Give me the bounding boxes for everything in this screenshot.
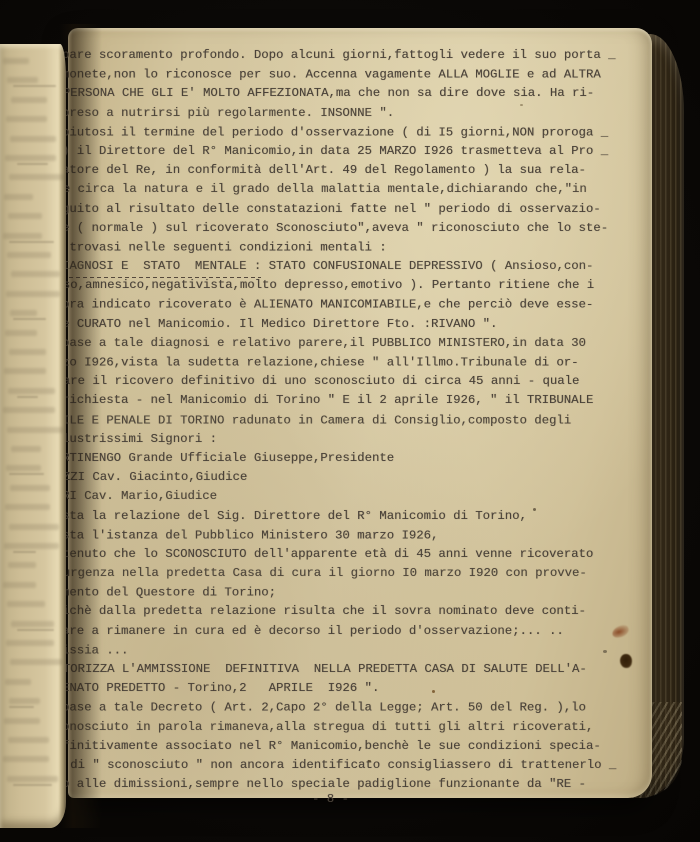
bleed-row <box>11 621 54 627</box>
underlined-text: STATO CONFUSIONALE DEPRESSIVO <box>269 259 483 273</box>
document-line: finitivamente associato nel R° Manicomio… <box>62 737 648 756</box>
bleed-row <box>3 58 29 64</box>
bleed-row <box>11 446 41 452</box>
document-line: o alle dimissioni,sempre nello speciale … <box>62 775 648 794</box>
document-line: monete,non lo riconosce per suo. Accenna… <box>62 66 648 85</box>
document-line: ZZI Cav. Giacinto,Giudice <box>63 468 649 487</box>
document-line: piutosi il termine del periodo d'osserva… <box>62 123 648 142</box>
text-segment: o alle dimissioni,sempre nello speciale … <box>62 777 586 791</box>
underlined-text: di or- <box>534 355 578 369</box>
bleed-row <box>3 582 36 588</box>
document-line: zo I926,vista la sudetta relazione,chies… <box>62 353 648 372</box>
bleed-row <box>7 427 64 433</box>
text-segment: . <box>372 681 379 695</box>
document-line: e ( normale ) sul ricoverato Sconosciuto… <box>62 219 648 238</box>
underlined-text: il TRIBUNALE <box>505 393 594 407</box>
document-line: guito al risultato delle constatazioni f… <box>62 200 648 219</box>
document-line: pare scoramento profondo. Dopo alcuni gi… <box>62 46 648 65</box>
bleed-dash <box>17 163 48 165</box>
bleed-row <box>9 174 65 180</box>
text-segment: PERSONA CHE GLI E' MOLTO <box>63 86 247 100</box>
text-segment: pare scoramento profondo. <box>62 48 254 62</box>
document-line: RTINENGO Grande Ufficiale Giuseppe,Presi… <box>62 449 648 468</box>
underlined-text: RTINENGO <box>62 451 121 465</box>
text-segment: " <box>483 393 505 407</box>
text-segment: urgenza nella predetta Casa di cura il g… <box>63 566 587 580</box>
document-line: e CURATO nel Manicomio. Il Medico Dirett… <box>62 315 648 334</box>
bleed-row <box>11 271 60 277</box>
document-line: ILE E PENALE DI TORINO radunato in Camer… <box>62 411 648 430</box>
text-segment: richiesta - nel Manicomio di Torino " E … <box>62 393 379 407</box>
bleed-row <box>8 737 49 743</box>
document-line: PERSONA CHE GLI E' MOLTO AFFEZIONATA,ma … <box>63 84 649 103</box>
text-segment: guito al risultato delle constatazioni f… <box>62 202 601 216</box>
bleed-row <box>4 194 33 200</box>
document-line: ENATO PREDETTO - Torino,2 APRILE I926 ". <box>62 679 648 698</box>
document-line: e circa la natura e il grado della malat… <box>63 180 649 199</box>
document-line: lustrissimi Signori : <box>62 430 648 449</box>
bleed-dash <box>17 396 38 398</box>
underlined-text: TORIZZA L'AMMISSIONE DEFINITIVA NELLA PR… <box>63 662 587 676</box>
text-segment: are a rimanere in cura ed è decorso il p… <box>62 624 564 638</box>
document-line: base a tale Decreto ( Art. 2,Capo 2° del… <box>62 699 648 718</box>
bleed-row <box>7 77 38 83</box>
bleed-row <box>10 485 50 491</box>
document-line: are a rimanere in cura ed è decorso il p… <box>62 622 648 641</box>
text-segment: so,amnesico,negativista,molto depresso,e… <box>63 278 594 292</box>
text-segment: sta la relazione del Sig. Direttore del … <box>62 509 527 523</box>
bleed-row <box>6 291 60 297</box>
bleed-row <box>11 97 47 103</box>
text-segment: - Torino, <box>165 681 239 695</box>
underlined-text: ILE E PENALE DI TORINO <box>62 413 224 427</box>
bleed-dash <box>9 706 34 708</box>
document-line: RI Cav. Mario,Giudice <box>62 487 648 506</box>
text-segment: dire dove sia. Ha ri- <box>432 86 594 100</box>
bleed-dash <box>17 629 54 631</box>
bleed-row <box>5 155 56 161</box>
underlined-text: Dopo alcuni giorni, <box>254 48 394 62</box>
text-segment: mento del Questore di Torino; <box>62 586 276 600</box>
document-text: pare scoramento profondo. Dopo alcuni gi… <box>62 46 648 794</box>
text-segment: base a tale diagnosi e relativo parere,i… <box>62 336 586 350</box>
bleed-row <box>9 698 40 704</box>
text-segment: preso a nutrirsi più regolarmente. <box>62 106 320 120</box>
text-segment: e circa la natura e il grado della malat… <box>63 182 587 196</box>
underlined-text: vedere il suo porta <box>461 48 601 62</box>
text-segment: tenuto che lo SCONOSCIUTO dell'apparente… <box>62 547 593 561</box>
bleed-dash <box>9 473 44 475</box>
text-segment: proroga _ <box>534 125 608 139</box>
text-segment: issia ... <box>62 643 128 657</box>
text-segment: radunato in Camera di Consiglio,composto… <box>224 413 571 427</box>
bleed-row <box>3 233 42 239</box>
underlined-text: finitivamente <box>62 739 158 753</box>
book-photo: pare scoramento profondo. Dopo alcuni gi… <box>0 0 700 842</box>
bleed-row <box>5 330 37 336</box>
text-segment: ) il Direttore del R° Manicomio,in data … <box>62 144 608 158</box>
bleed-row <box>4 543 59 549</box>
text-segment: . <box>387 106 394 120</box>
bleed-row <box>4 718 40 724</box>
underlined-text: CURATO <box>77 317 121 331</box>
text-segment: zo I926,vista la sudetta relazione,chies… <box>62 355 534 369</box>
text-segment: piutosi il termine del periodo d'osserva… <box>62 125 512 139</box>
bleed-row <box>10 136 56 142</box>
document-line: pra indicato ricoverato è ALIENATO MANIC… <box>62 296 648 315</box>
text-segment: nel Manicomio. Il Medico Direttore Fto. … <box>121 317 497 331</box>
text-segment: trovasi nelle seguenti condizioni mental… <box>62 240 387 254</box>
bleed-dash <box>9 241 54 243</box>
bleed-dash <box>13 551 36 553</box>
bleed-dash <box>13 85 56 87</box>
document-line: so,amnesico,negativista,molto depresso,e… <box>63 276 649 295</box>
bleed-row <box>4 368 46 374</box>
bleed-row <box>3 756 49 762</box>
bleed-row <box>8 213 42 219</box>
underlined-text: are il ricovero definitivo <box>63 374 255 388</box>
underlined-text: monete,non lo riconosce <box>62 68 239 82</box>
underlined-text: INSONNE " <box>320 106 386 120</box>
bleed-row <box>5 504 50 510</box>
text-segment: _ <box>601 48 616 62</box>
page-number: - 8 - <box>312 792 349 806</box>
bleed-dash <box>13 318 46 320</box>
text-segment: sta l'istanza del Pubblico Ministero 30 … <box>62 528 438 542</box>
bleed-row <box>10 310 37 316</box>
underlined-text: 2 aprile I926, <box>379 393 482 407</box>
text-segment: onosciuto in parola rimaneva,alla stregu… <box>62 720 593 734</box>
document-line: onosciuto in parola rimaneva,alla stregu… <box>62 718 648 737</box>
underlined-text: AFFEZIONATA,ma che non sa <box>247 86 431 100</box>
bleed-row <box>7 776 58 782</box>
document-line: TORIZZA L'AMMISSIONE DEFINITIVA NELLA PR… <box>63 660 649 679</box>
bleed-row <box>9 349 46 355</box>
text-segment <box>261 259 268 273</box>
underlined-text: NON <box>512 125 534 139</box>
previous-page-edge <box>0 44 66 828</box>
text-segment: RI Cav. Mario,Giudice <box>62 489 217 503</box>
underlined-text: IAGNOSI E STATO MENTALE : <box>62 259 261 273</box>
bleed-row <box>10 659 63 665</box>
document-line: ) il Direttore del R° Manicomio,in data … <box>62 142 648 161</box>
bleed-row <box>6 116 47 122</box>
bleed-row <box>6 465 41 471</box>
text-segment: ichè dalla predetta relazione risulta ch… <box>62 604 586 618</box>
underlined-text: 2 APRILE I926 " <box>239 681 372 695</box>
bleed-row <box>7 601 45 607</box>
document-line: are il ricovero definitivo di uno sconos… <box>63 372 649 391</box>
text-segment: di " sconosciuto " non ancora identifica… <box>63 758 616 772</box>
text-segment: di uno sconosciuto di circa 45 anni - qu… <box>255 374 580 388</box>
document-line: di " sconosciuto " non ancora identifica… <box>63 756 649 775</box>
document-line: tenuto che lo SCONOSCIUTO dell'apparente… <box>62 545 648 564</box>
text-segment: e ( normale ) sul ricoverato Sconosciuto… <box>62 221 608 235</box>
text-segment: per suo. Accenna vagamente ALLA MOGLIE e… <box>239 68 601 82</box>
bleed-row <box>6 640 54 646</box>
underlined-text: ENATO PREDETTO <box>62 681 165 695</box>
bleed-row <box>8 562 36 568</box>
text-segment: ( Ansioso,con- <box>483 259 594 273</box>
text-segment: associato nel R° Manicomio,benchè le sue… <box>158 739 601 753</box>
document-line: trovasi nelle seguenti condizioni mental… <box>62 238 648 257</box>
text-segment: pra indicato ricoverato è ALIENATO MANIC… <box>62 298 593 312</box>
bleed-through-text <box>0 44 66 828</box>
text-segment: base a tale Decreto ( Art. 2,Capo 2° del… <box>62 701 586 715</box>
document-line: preso a nutrirsi più regolarmente. INSON… <box>62 104 648 123</box>
document-line: urgenza nella predetta Casa di cura il g… <box>63 564 649 583</box>
bleed-dash <box>13 784 52 786</box>
document-line: richiesta - nel Manicomio di Torino " E … <box>62 391 648 410</box>
bleed-row <box>8 388 55 394</box>
document-line: ichè dalla predetta relazione risulta ch… <box>62 602 648 621</box>
document-line: atore del Re, in conformità dell'Art. 49… <box>62 161 648 180</box>
document-line: sta la relazione del Sig. Direttore del … <box>62 507 648 526</box>
document-line: issia ... <box>62 641 648 660</box>
text-segment: ZZI Cav. Giacinto,Giudice <box>63 470 247 484</box>
document-line: sta l'istanza del Pubblico Ministero 30 … <box>62 526 648 545</box>
bleed-row <box>9 524 59 530</box>
text-segment: fattogli <box>394 48 460 62</box>
text-segment: atore del Re, in conformità dell'Art. 49… <box>62 163 586 177</box>
bleed-row <box>5 679 31 685</box>
bleed-row <box>7 252 51 258</box>
document-line: mento del Questore di Torino; <box>62 584 648 603</box>
document-line: base a tale diagnosi e relativo parere,i… <box>62 334 648 353</box>
text-segment: lustrissimi Signori : <box>62 432 217 446</box>
document-line: IAGNOSI E STATO MENTALE : STATO CONFUSIO… <box>62 257 648 276</box>
text-segment: Grande Ufficiale Giuseppe,Presidente <box>121 451 394 465</box>
bleed-row <box>3 407 55 413</box>
